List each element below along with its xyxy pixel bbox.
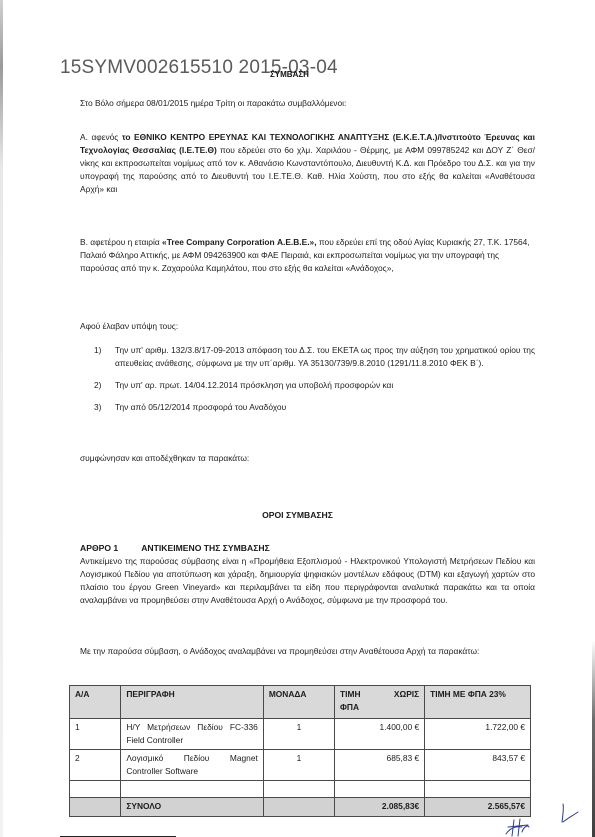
list-item: 1) Την υπ' αριθμ. 132/3.8/17-09-2013 από… (80, 344, 535, 370)
header-net-price-word1: ΤΙΜΗ (340, 688, 360, 701)
header-net-price-word3: ΦΠΑ (340, 701, 419, 714)
cell-aa: 1 (70, 719, 121, 750)
party-a-prefix: Α. αφενός (80, 132, 122, 142)
whereas-intro: Αφού έλαβαν υπόψη τους: (80, 320, 535, 333)
list-item: 2) Την υπ' αρ. πρωτ. 14/04.12.2014 πρόσκ… (80, 379, 535, 392)
cell-empty (70, 798, 121, 817)
cell-unit: 1 (263, 750, 334, 781)
table-row-empty (70, 781, 531, 798)
party-b-prefix: Β. αφετέρου η εταιρία (80, 237, 162, 247)
article-1-body: Αντικείμενο της παρούσας σύμβασης είναι … (80, 555, 535, 607)
cell-net-price: 685,83 € (335, 750, 425, 781)
list-item-text: Την υπ' αρ. πρωτ. 14/04.12.2014 πρόσκλησ… (108, 379, 535, 392)
cell-empty (335, 781, 425, 798)
list-item-text: Την από 05/12/2014 προσφορά του Αναδόχου (108, 401, 535, 414)
cell-net-price: 1.400,00 € (335, 719, 425, 750)
cell-unit: 1 (263, 719, 334, 750)
whereas-list: 1) Την υπ' αριθμ. 132/3.8/17-09-2013 από… (80, 344, 535, 423)
cell-description: Η/Υ Μετρήσεων Πεδίου FC-336 Field Contro… (121, 719, 263, 750)
header-net-price: ΤΙΜΗΧΩΡΙΣ ΦΠΑ (335, 686, 425, 719)
article-label: ΑΡΘΡΟ 1 (80, 543, 118, 553)
list-item-number: 2) (80, 379, 108, 392)
list-item: 3) Την από 05/12/2014 προσφορά του Αναδό… (80, 401, 535, 414)
party-b-name: «Tree Company Corporation Α.Ε.Β.Ε.», (162, 237, 317, 247)
items-table: Α/Α ΠΕΡΙΓΡΑΦΗ ΜΟΝΑΔΑ ΤΙΜΗΧΩΡΙΣ ΦΠΑ ΤΙΜΗ … (69, 685, 531, 817)
table-total-row: ΣΥΝΟΛΟ 2.085,83€ 2.565,57€ (70, 798, 531, 817)
agreed-paragraph: συμφώνησαν και αποδέχθηκαν τα παρακάτω: (80, 452, 535, 465)
document-title: ΣΥΜΒΑΣΗ (270, 70, 309, 79)
list-item-text: Την υπ' αριθμ. 132/3.8/17-09-2013 απόφασ… (108, 344, 535, 370)
party-a-paragraph: Α. αφενός το ΕΘΝΙΚΟ ΚΕΝΤΡΟ ΕΡΕΥΝΑΣ ΚΑΙ Τ… (80, 131, 535, 196)
cell-aa: 2 (70, 750, 121, 781)
header-unit: ΜΟΝΑΔΑ (263, 686, 334, 719)
table-row: 2 Λογισμικό Πεδίου Magnet Controller Sof… (70, 750, 531, 781)
article-1-heading: ΑΡΘΡΟ 1ΑΝΤΙΚΕΙΜΕΝΟ ΤΗΣ ΣΥΜΒΑΣΗΣ (80, 543, 270, 553)
article-title: ΑΝΤΙΚΕΙΜΕΝΟ ΤΗΣ ΣΥΜΒΑΣΗΣ (141, 543, 270, 553)
cell-empty (263, 781, 334, 798)
party-b-paragraph: Β. αφετέρου η εταιρία «Tree Company Corp… (80, 236, 535, 275)
list-item-number: 1) (80, 344, 108, 370)
terms-heading: ΟΡΟΙ ΣΥΜΒΑΣΗΣ (0, 510, 595, 520)
cell-empty (70, 781, 121, 798)
cell-description: Λογισμικό Πεδίου Magnet Controller Softw… (121, 750, 263, 781)
cell-empty (121, 781, 263, 798)
header-aa: Α/Α (70, 686, 121, 719)
header-description: ΠΕΡΙΓΡΑΦΗ (121, 686, 263, 719)
list-item-number: 3) (80, 401, 108, 414)
table-row: 1 Η/Υ Μετρήσεων Πεδίου FC-336 Field Cont… (70, 719, 531, 750)
cell-gross-price: 843,57 € (425, 750, 531, 781)
intro-paragraph: Στο Βόλο σήμερα 08/01/2015 ημέρα Τρίτη ο… (80, 97, 550, 110)
supply-paragraph: Με την παρούσα σύμβαση, ο Ανάδοχος αναλα… (80, 645, 535, 658)
header-gross-price: ΤΙΜΗ ΜΕ ΦΠΑ 23% (425, 686, 531, 719)
table-header-row: Α/Α ΠΕΡΙΓΡΑΦΗ ΜΟΝΑΔΑ ΤΙΜΗΧΩΡΙΣ ΦΠΑ ΤΙΜΗ … (70, 686, 531, 719)
header-net-price-word2: ΧΩΡΙΣ (394, 688, 419, 701)
total-label: ΣΥΝΟΛΟ (121, 798, 263, 817)
total-net-price: 2.085,83€ (335, 798, 425, 817)
signature-initials (500, 800, 590, 837)
cell-empty (263, 798, 334, 817)
scan-edge-left (0, 0, 3, 837)
cell-gross-price: 1.722,00 € (425, 719, 531, 750)
cell-empty (425, 781, 531, 798)
